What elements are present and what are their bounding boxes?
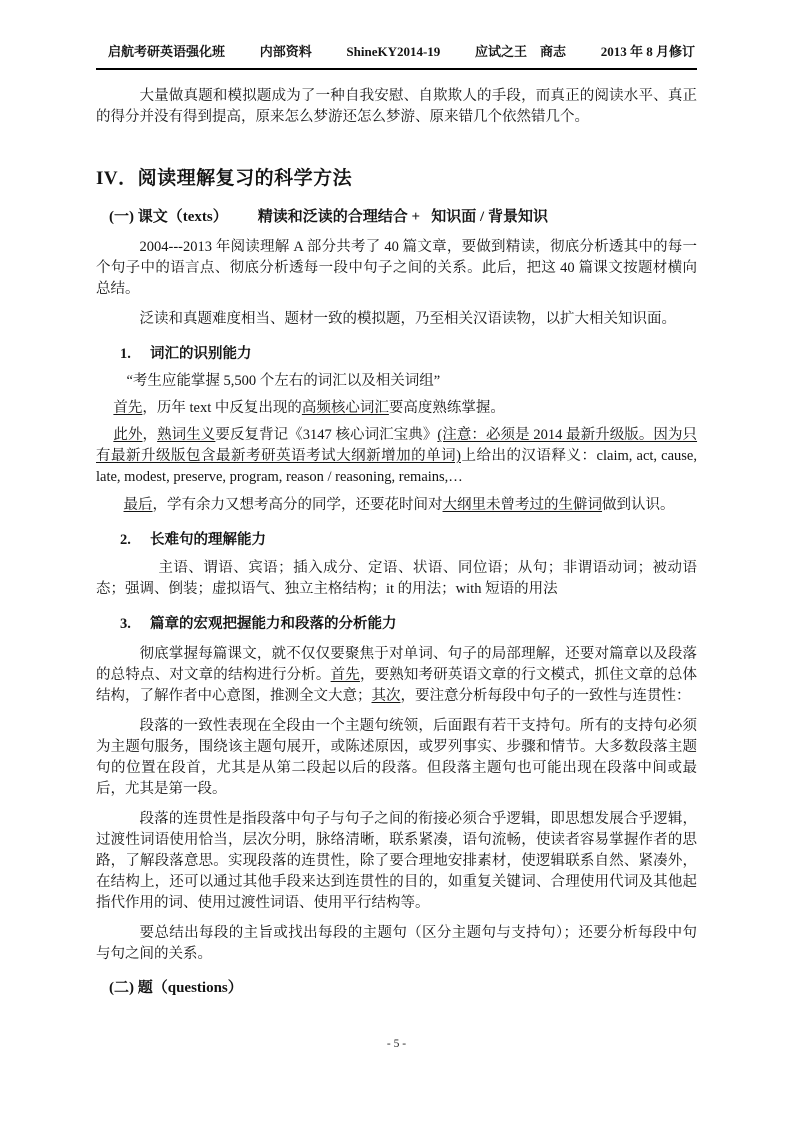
paragraph-summary-task: 要总结出每段的主旨或找出每段的主题句（区分主题句与支持句）；还要分析每段中句与句… — [96, 923, 697, 965]
heading-title: 长难句的理解能力 — [150, 532, 266, 548]
paragraph-first-point: 首先，历年 text 中反复出现的高频核心词汇要高度熟练掌握。 — [96, 398, 697, 419]
document-body: 大量做真题和模拟题成为了一种自我安慰、自欺欺人的手段，而真正的阅读水平、真正的得… — [96, 86, 697, 999]
paragraph-paragraph-coherence: 段落的连贯性是指段落中句子与句子之间的衔接必须合乎逻辑，即思想发展合乎逻辑，过渡… — [96, 809, 697, 914]
text-run: (二) 题（questions） — [109, 980, 243, 996]
vocabulary-quote: “考生应能掌握 5,500 个左右的词汇以及相关词组” — [96, 371, 697, 392]
text-run: 2004---2013 年阅读理解 A 部分共考了 40 篇文章，要做到精读，彻… — [96, 239, 697, 297]
paragraph-second-point: 此外，熟词生义要反复背记《3147 核心词汇宝典》(注意：必须是 2014 最新… — [96, 425, 697, 488]
header-item-course: 启航考研英语强化班 — [108, 44, 225, 60]
text-run: 要反复背记《3147 核心词汇宝典》 — [215, 427, 437, 443]
page-header: 启航考研英语强化班 内部资料 ShineKY2014-19 应试之王 商志 20… — [96, 44, 697, 70]
underlined-text-run: 最后 — [124, 497, 153, 513]
paragraph-paragraph-unity: 段落的一致性表现在全段由一个主题句统领，后面跟有若干支持句。所有的支持句必须为主… — [96, 716, 697, 800]
header-item-revision: 2013 年 8 月修订 — [601, 44, 695, 60]
text-run: ，要注意分析每段中句子的一致性与连贯性： — [401, 688, 691, 704]
numbered-heading-1: 1.词汇的识别能力 — [96, 343, 697, 365]
paragraph-grammar-list: 主语、谓语、宾语；插入成分、定语、状语、同位语；从句；非谓语动词；被动语态；强调… — [96, 558, 697, 600]
header-item-internal: 内部资料 — [260, 44, 312, 60]
header-item-code: ShineKY2014-19 — [346, 44, 440, 60]
heading-number: 2. — [120, 529, 134, 551]
subsection-heading-questions: (二) 题（questions） — [96, 977, 697, 999]
text-run: ，历年 text 中反复出现的 — [142, 400, 302, 416]
numbered-heading-2: 2.长难句的理解能力 — [96, 529, 697, 551]
header-item-author: 应试之王 商志 — [475, 44, 566, 60]
subsection-heading-texts: (一) 课文（texts） 精读和泛读的合理结合 + 知识面 / 背景知识 — [96, 206, 697, 228]
numbered-heading-3: 3.篇章的宏观把握能力和段落的分析能力 — [96, 613, 697, 635]
text-run: (一) 课文（texts） 精读和泛读的合理结合 + 知识面 / 背景知识 — [109, 209, 548, 225]
underlined-text-run: 大纲里未曾考过的生僻词 — [443, 497, 603, 513]
intro-paragraph: 大量做真题和模拟题成为了一种自我安慰、自欺欺人的手段，而真正的阅读水平、真正的得… — [96, 86, 697, 128]
heading-title: 词汇的识别能力 — [150, 346, 252, 362]
text-run: 段落的连贯性是指段落中句子与句子之间的衔接必须合乎逻辑，即思想发展合乎逻辑，过渡… — [96, 811, 697, 911]
text-run: 要高度熟练掌握。 — [389, 400, 505, 416]
heading-number: 1. — [120, 343, 134, 365]
text-run: 泛读和真题难度相当、题材一致的模拟题，乃至相关汉语读物，以扩大相关知识面。 — [140, 311, 677, 327]
text-run: 主语、谓语、宾语；插入成分、定语、状语、同位语；从句；非谓语动词；被动语态；强调… — [96, 560, 697, 597]
page-number: - 5 - — [387, 1038, 406, 1050]
text-run: ，学有余力又想考高分的同学，还要花时间对 — [153, 497, 443, 513]
text-run: 段落的一致性表现在全段由一个主题句统领，后面跟有若干支持句。所有的支持句必须为主… — [96, 718, 697, 797]
text-run: 大量做真题和模拟题成为了一种自我安慰、自欺欺人的手段，而真正的阅读水平、真正的得… — [96, 88, 697, 125]
heading-number: 3. — [120, 613, 134, 635]
page-footer: - 5 - — [0, 1038, 793, 1050]
heading-title: 篇章的宏观把握能力和段落的分析能力 — [150, 616, 397, 632]
underlined-text-run: 首先 — [113, 400, 142, 416]
paragraph-intensive-reading: 2004---2013 年阅读理解 A 部分共考了 40 篇文章，要做到精读，彻… — [96, 237, 697, 300]
underlined-text-run: 此外 — [113, 427, 142, 443]
text-run: 做到认识。 — [602, 497, 675, 513]
text-run: “考生应能掌握 5,500 个左右的词汇以及相关词组” — [126, 373, 440, 389]
document-page: 启航考研英语强化班 内部资料 ShineKY2014-19 应试之王 商志 20… — [0, 0, 793, 1122]
underlined-text-run: 其次 — [372, 688, 401, 704]
underlined-text-run: 高频核心词汇 — [302, 400, 389, 416]
text-run: 要总结出每段的主旨或找出每段的主题句（区分主题句与支持句）；还要分析每段中句与句… — [96, 925, 697, 962]
paragraph-third-point: 最后，学有余力又想考高分的同学，还要花时间对大纲里未曾考过的生僻词做到认识。 — [96, 495, 697, 516]
text-run: IV．阅读理解复习的科学方法 — [96, 168, 352, 189]
underlined-text-run: 首先 — [331, 667, 360, 683]
paragraph-extensive-reading: 泛读和真题难度相当、题材一致的模拟题，乃至相关汉语读物，以扩大相关知识面。 — [96, 309, 697, 330]
section-heading-iv: IV．阅读理解复习的科学方法 — [96, 166, 697, 192]
text-run: ， — [143, 427, 158, 443]
underlined-text-run: 熟词生义 — [157, 427, 215, 443]
paragraph-discourse-analysis: 彻底掌握每篇课文，就不仅仅要聚焦于对单词、句子的局部理解，还要对篇章以及段落的总… — [96, 644, 697, 707]
